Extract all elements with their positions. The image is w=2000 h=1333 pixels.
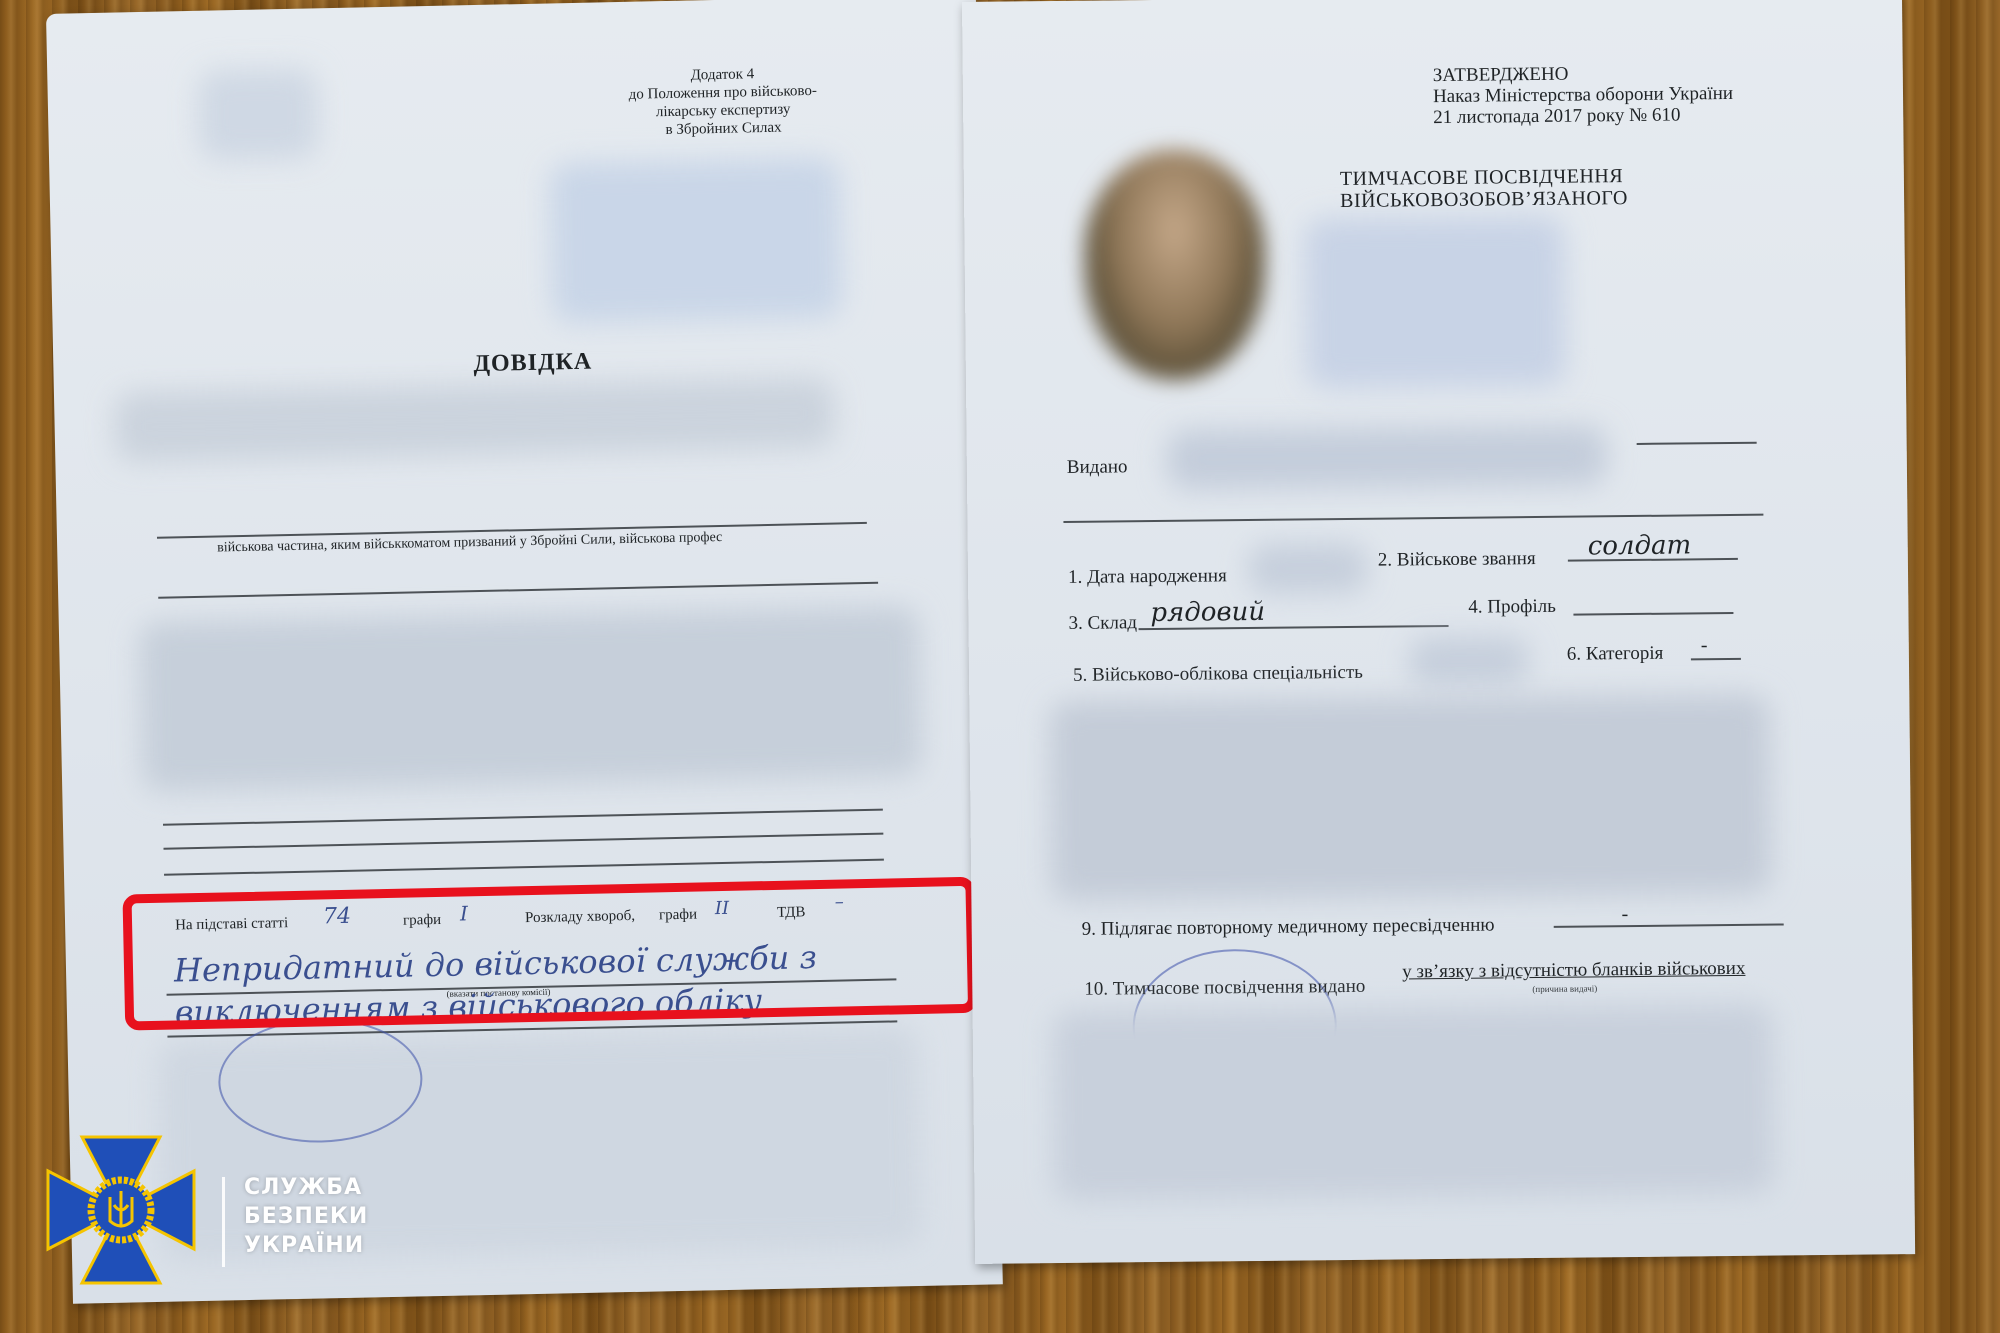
- title-line: ТИМЧАСОВЕ ПОСВІДЧЕННЯ: [1340, 165, 1628, 190]
- profile-label: 4. Профіль: [1468, 596, 1556, 619]
- logo-line: СЛУЖБА: [244, 1173, 368, 1202]
- logo-wordmark: СЛУЖБА БЕЗПЕКИ УКРАЇНИ: [244, 1173, 368, 1260]
- temporary-id-sheet: ЗАТВЕРДЖЕНО Наказ Міністерства оборони У…: [962, 0, 1915, 1264]
- rank-value: солдат: [1588, 530, 1692, 561]
- diagnosis-basis-row: На підставі статті 74 графи I Розкладу х…: [46, 0, 976, 14]
- annex-line: в Збройних Силах: [608, 117, 838, 140]
- approval-line: Наказ Міністерства оборони України: [1433, 83, 1733, 107]
- title-line: ВІЙСЬКОВОЗОБОВ’ЯЗАНОГО: [1340, 187, 1628, 212]
- logo-line: УКРАЇНИ: [244, 1231, 368, 1260]
- issue-reason-caption: (причина видачі): [1532, 983, 1597, 994]
- medical-certificate-sheet: Додаток 4 до Положення про військово- лі…: [46, 0, 1003, 1304]
- issued-label: Видано: [1067, 456, 1128, 479]
- document-title: ТИМЧАСОВЕ ПОСВІДЧЕННЯ ВІЙСЬКОВОЗОБОВ’ЯЗА…: [1340, 165, 1628, 212]
- sbu-logo: СЛУЖБА БЕЗПЕКИ УКРАЇНИ: [46, 1135, 396, 1260]
- approval-line: 21 листопада 2017 року № 610: [1433, 104, 1733, 128]
- re-examination-value: -: [1621, 903, 1628, 926]
- rank-label: 2. Військове звання: [1378, 548, 1536, 572]
- document-title: ДОВІДКА: [473, 349, 592, 378]
- birth-date-label: 1. Дата народження: [1068, 565, 1227, 589]
- highlight-frame: [122, 877, 977, 1031]
- logo-line: БЕЗПЕКИ: [244, 1202, 368, 1231]
- issue-reason-value: у зв’язку з відсутністю бланків військов…: [1402, 958, 1745, 984]
- logo-divider: [222, 1177, 225, 1267]
- blurred-photo: [1084, 149, 1266, 381]
- specialty-label: 5. Військово-облікова спеціальність: [1073, 662, 1363, 687]
- re-examination-label: 9. Підлягає повторному медичному пересві…: [1082, 914, 1495, 940]
- category-label: 6. Категорія: [1567, 643, 1664, 666]
- approval-header: ЗАТВЕРДЖЕНО Наказ Міністерства оборони У…: [1433, 62, 1734, 128]
- staff-label: 3. Склад: [1068, 612, 1137, 635]
- category-value: -: [1701, 634, 1708, 657]
- staff-value: рядовий: [1150, 597, 1265, 628]
- issue-reason-label: 10. Тимчасове посвідчення видано: [1084, 976, 1365, 1001]
- sbu-cross-emblem-icon: [46, 1135, 196, 1285]
- annex-header: Додаток 4 до Положення про військово- лі…: [607, 63, 838, 140]
